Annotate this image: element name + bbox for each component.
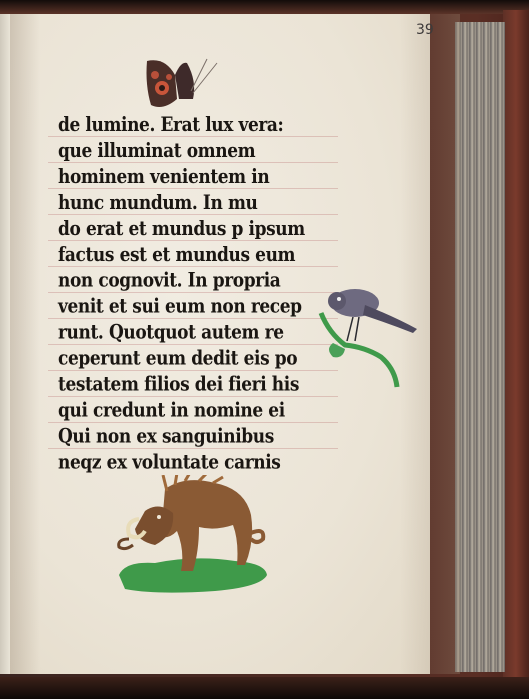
- folio-number: 39: [416, 22, 434, 38]
- page-edges: [455, 22, 505, 672]
- book-top-edge: [0, 0, 529, 14]
- text-line: neqz ex voluntate carnis: [58, 448, 333, 478]
- gothic-text-block: de lumine. Erat lux vera: que illuminat …: [58, 112, 333, 476]
- gutter-shadow: [10, 14, 40, 674]
- butterfly-illustration: [145, 55, 225, 115]
- book-binding: [503, 10, 529, 680]
- bird-on-branch-illustration: [315, 283, 425, 393]
- book-bottom-edge: [0, 677, 529, 699]
- book: 39 de lumine. Erat lux vera: que illumin…: [0, 0, 529, 699]
- tusked-beast-illustration: [115, 475, 275, 600]
